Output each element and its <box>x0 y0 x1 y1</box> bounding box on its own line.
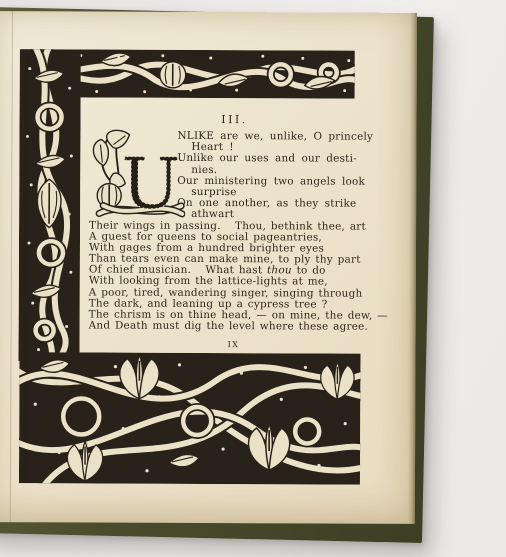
poem-line: And Death must dig the level where these… <box>89 321 381 333</box>
under-page-edge-line <box>10 11 13 522</box>
left-ornament-band <box>18 49 80 361</box>
page-number: IX <box>89 339 379 349</box>
sonnet-number-heading: III. <box>90 112 380 126</box>
drop-cap-initial: U U <box>87 127 185 224</box>
page-stack-edge <box>408 13 417 524</box>
poem-text-block: U U NLIKE are we, unlike, O princely Hea… <box>89 130 382 333</box>
book-page: III. <box>0 11 417 524</box>
photo-background: III. <box>0 0 506 557</box>
book-cover: III. <box>0 7 434 543</box>
bottom-ornament-block <box>19 352 361 484</box>
drop-cap-stipple: U <box>121 143 180 225</box>
